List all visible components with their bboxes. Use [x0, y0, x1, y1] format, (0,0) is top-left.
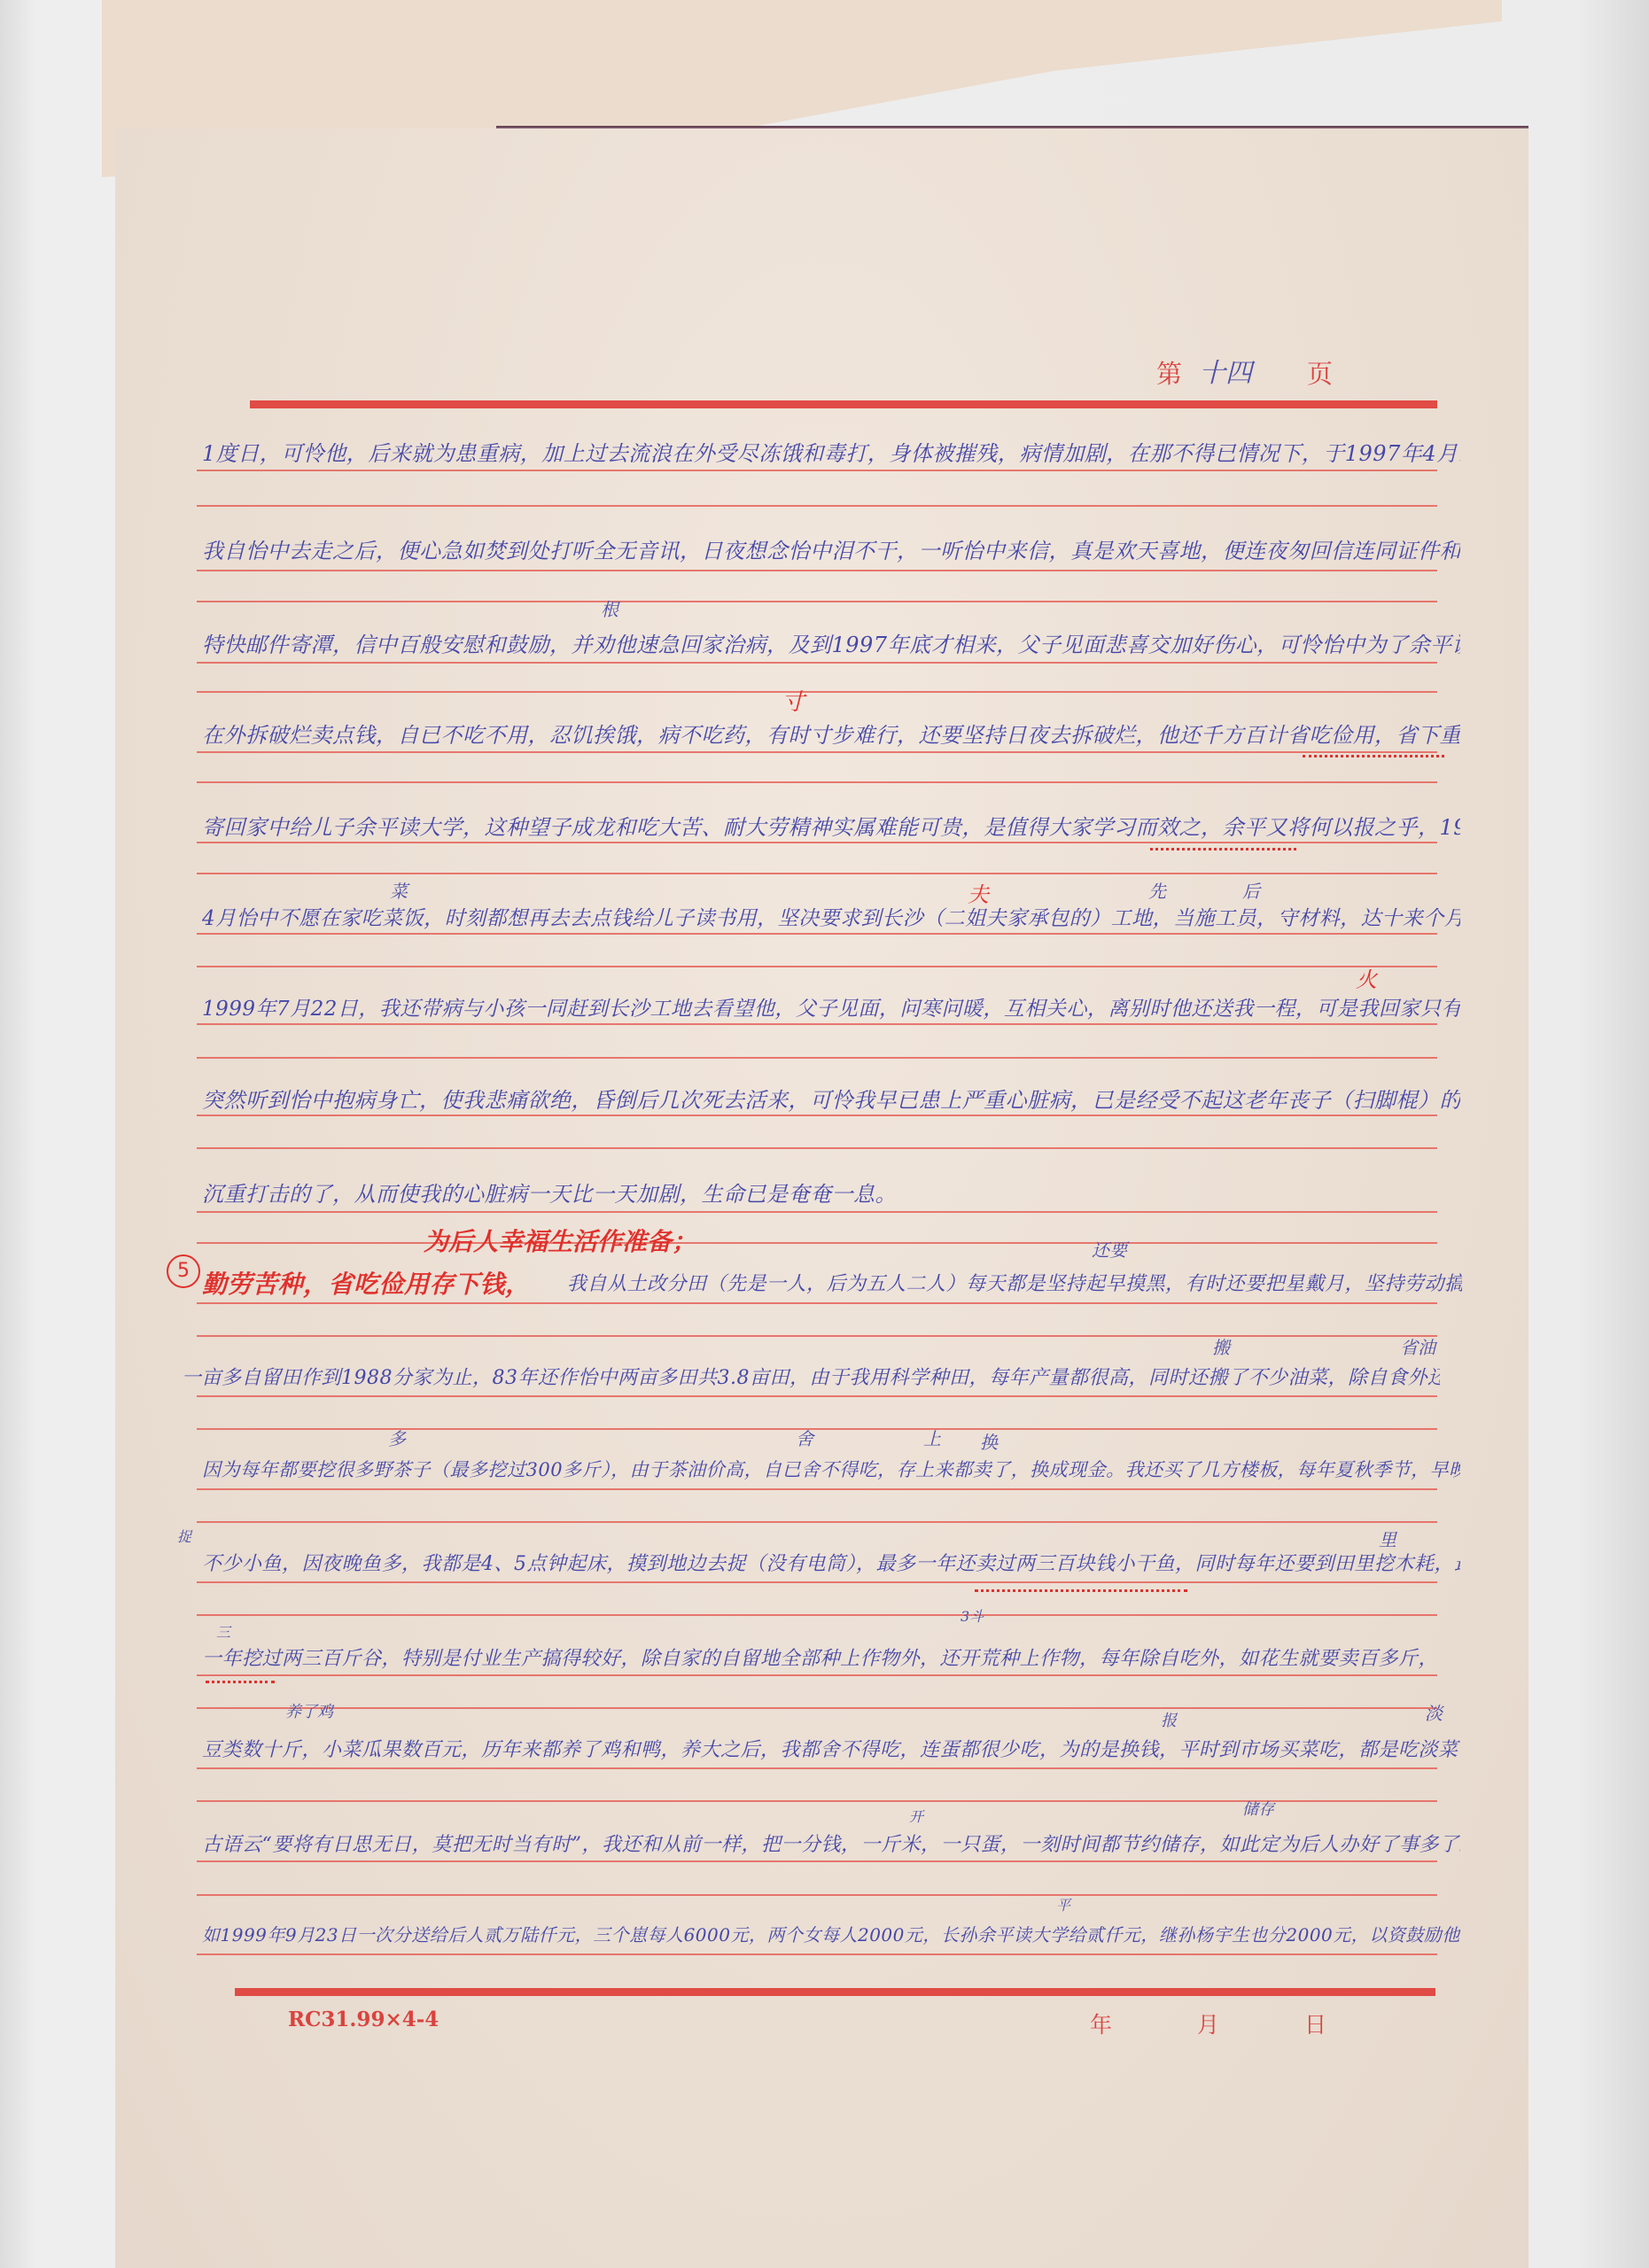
- text-line: 特快邮件寄潭，信中百般安慰和鼓励，并劝他速急回家治病，及到1997年底才相来，父…: [202, 627, 1460, 658]
- insertion-annotation: 舍: [796, 1425, 813, 1450]
- insertion-annotation: 多: [388, 1425, 406, 1450]
- insertion-annotation: 换: [980, 1428, 998, 1454]
- ruled-line: [197, 691, 1437, 693]
- ruled-line: [197, 505, 1437, 507]
- red-wavy-underline: [206, 1672, 275, 1683]
- section-heading-text: 勤劳苦种，省吃俭用存下钱，: [202, 1270, 531, 1299]
- ruled-line: [197, 751, 1437, 753]
- ruled-line: [197, 601, 1437, 602]
- ruled-line: [197, 1057, 1437, 1059]
- ruled-line: [197, 873, 1437, 874]
- ruled-line: [197, 1674, 1437, 1676]
- text-line: 如1999年9月23日一次分送给后人贰万陆仟元，三个崽每人6000元，两个女每人…: [202, 1921, 1460, 1946]
- ruled-line: [197, 1581, 1437, 1583]
- text-line: 豆类数十斤，小菜瓜果数百元，历年来都养了鸡和鸭，养大之后，我都舍不得吃，连蛋都很…: [202, 1735, 1460, 1762]
- ruled-line: [197, 1302, 1437, 1304]
- red-wavy-underline: [1303, 746, 1444, 757]
- section-heading: 勤劳苦种，省吃俭用存下钱，: [202, 1265, 583, 1301]
- ruled-line: [197, 1428, 1437, 1430]
- ruled-line: [197, 470, 1437, 471]
- text-line: 古语云“要将有日思无日，莫把无时当有时”，我还和从前一样，把一分钱，一斤米，一只…: [202, 1829, 1460, 1857]
- insertion-annotation: 3斗: [961, 1605, 984, 1626]
- date-day-label: 日: [1304, 2012, 1326, 2038]
- date-year-label: 年: [1090, 2012, 1112, 2038]
- text-line: 4月怡中不愿在家吃菜饭，时刻都想再去去点钱给儿子读书用，坚决要求到长沙（二姐夫家…: [202, 902, 1460, 931]
- ruled-line: [197, 1521, 1437, 1523]
- insertion-annotation: 搬: [1212, 1333, 1230, 1359]
- text-line: 我自怡中去走之后，便心急如焚到处打听全无音讯，日夜想念怡中泪不干，一听怡中来信，…: [202, 533, 1460, 564]
- insertion-annotation: 开: [909, 1806, 923, 1826]
- ruled-line: [197, 1860, 1437, 1862]
- ruled-line: [197, 781, 1437, 783]
- ruled-line: [197, 1023, 1437, 1025]
- ruled-line: [197, 1395, 1437, 1397]
- ruled-line: [197, 570, 1437, 571]
- date-month-label: 月: [1197, 2012, 1219, 2038]
- red-wavy-underline: [975, 1581, 1187, 1592]
- ruled-line: [197, 966, 1437, 967]
- insertion-annotation: 三: [216, 1621, 230, 1642]
- insertion-annotation: 养了鸡: [285, 1699, 333, 1722]
- insertion-annotation: 夫: [968, 877, 989, 908]
- text-line: 因为每年都要挖很多野茶子（最多挖过300多斤），由于茶油价高，自已舍不得吃，存上…: [202, 1456, 1460, 1482]
- ruled-line: [197, 1894, 1437, 1896]
- insertion-annotation: 先: [1148, 877, 1166, 903]
- page-number-header: 第 十四 页: [1156, 354, 1351, 393]
- ruled-line: [197, 1488, 1437, 1490]
- insertion-annotation: 淡: [1425, 1699, 1443, 1725]
- insertion-annotation: 菜: [390, 877, 408, 903]
- ruled-line: [197, 662, 1437, 664]
- ruled-line: [197, 1242, 1437, 1244]
- insertion-annotation: 平: [1056, 1894, 1070, 1915]
- form-code: RC31.99×4-4: [288, 2008, 439, 2031]
- text-line: 1999年7月22日，我还带病与小孩一同赶到长沙工地去看望他，父子见面，问寒问暖…: [202, 992, 1460, 1021]
- ruled-line: [197, 1767, 1437, 1769]
- red-wavy-underline: [1150, 839, 1296, 850]
- ruled-line: [197, 1335, 1437, 1337]
- insertion-annotation: 储存: [1242, 1797, 1274, 1820]
- section-inserted-heading: 为后人幸福生活作准备；: [424, 1223, 696, 1258]
- insertion-annotation: 根: [601, 595, 618, 621]
- page-label-prefix: 第: [1156, 354, 1182, 391]
- ruled-line: [197, 933, 1437, 935]
- text-line: 寄回家中给儿子余平读大学，这种望子成龙和吃大苦、耐大劳精神实属难能可贵，是值得大…: [202, 810, 1460, 841]
- date-fields: 年 月 日: [1090, 2008, 1369, 2039]
- insertion-annotation: 省油: [1400, 1333, 1435, 1359]
- text-line: 突然听到怡中抱病身亡，使我悲痛欲绝，昏倒后几次死去活来，可怜我早已患上严重心脏病…: [202, 1083, 1460, 1114]
- insertion-annotation: 火: [1356, 962, 1377, 993]
- ruled-line: [197, 1211, 1437, 1213]
- insertion-annotation: 报: [1161, 1708, 1177, 1731]
- ruled-line: [197, 1953, 1437, 1955]
- insertion-annotation: 捉: [177, 1526, 191, 1546]
- page-label-suffix: 页: [1307, 354, 1333, 391]
- insertion-annotation: 后: [1242, 877, 1260, 903]
- ruled-line: [197, 1614, 1437, 1616]
- text-line: 我自从土改分田（先是一人，后为五人二人）每天都是坚持起早摸黑，有时还要把星戴月，…: [567, 1269, 1462, 1296]
- insertion-annotation: 上: [923, 1425, 941, 1450]
- text-line: 一亩多自留田作到1988分家为止，83年还作怡中两亩多田共3.8亩田，由于我用科…: [182, 1363, 1440, 1390]
- footer-rule: [235, 1988, 1435, 1996]
- header-rule: [250, 400, 1437, 408]
- text-line: 1度日，可怜他，后来就为患重病，加上过去流浪在外受尽冻饿和毒打，身体被摧残，病情…: [202, 436, 1460, 467]
- text-line: 沉重打击的了，从而使我的心脏病一天比一天加剧，生命已是奄奄一息。: [202, 1177, 1460, 1208]
- ruled-line: [197, 1707, 1437, 1709]
- text-line: 不少小鱼，因夜晚鱼多，我都是4、5点钟起床，摸到地边去捉（没有电筒），最多一年还…: [202, 1549, 1460, 1576]
- ruled-line: [197, 1147, 1437, 1149]
- insertion-annotation: 里: [1379, 1526, 1396, 1551]
- text-line: 在外拆破烂卖点钱，自已不吃不用，忍饥挨饿，病不吃药，有时寸步难行，还要坚持日夜去…: [202, 718, 1460, 749]
- text-line: 一年挖过两三百斤谷，特别是付业生产搞得较好，除自家的自留地全部种上作物外，还开荒…: [202, 1643, 1460, 1671]
- insertion-annotation: 还要: [1092, 1236, 1127, 1262]
- insertion-annotation: 寸: [782, 684, 805, 717]
- page-number: 十四: [1199, 351, 1252, 390]
- section-number-circle: 5: [167, 1254, 200, 1288]
- ruled-line: [197, 1115, 1437, 1116]
